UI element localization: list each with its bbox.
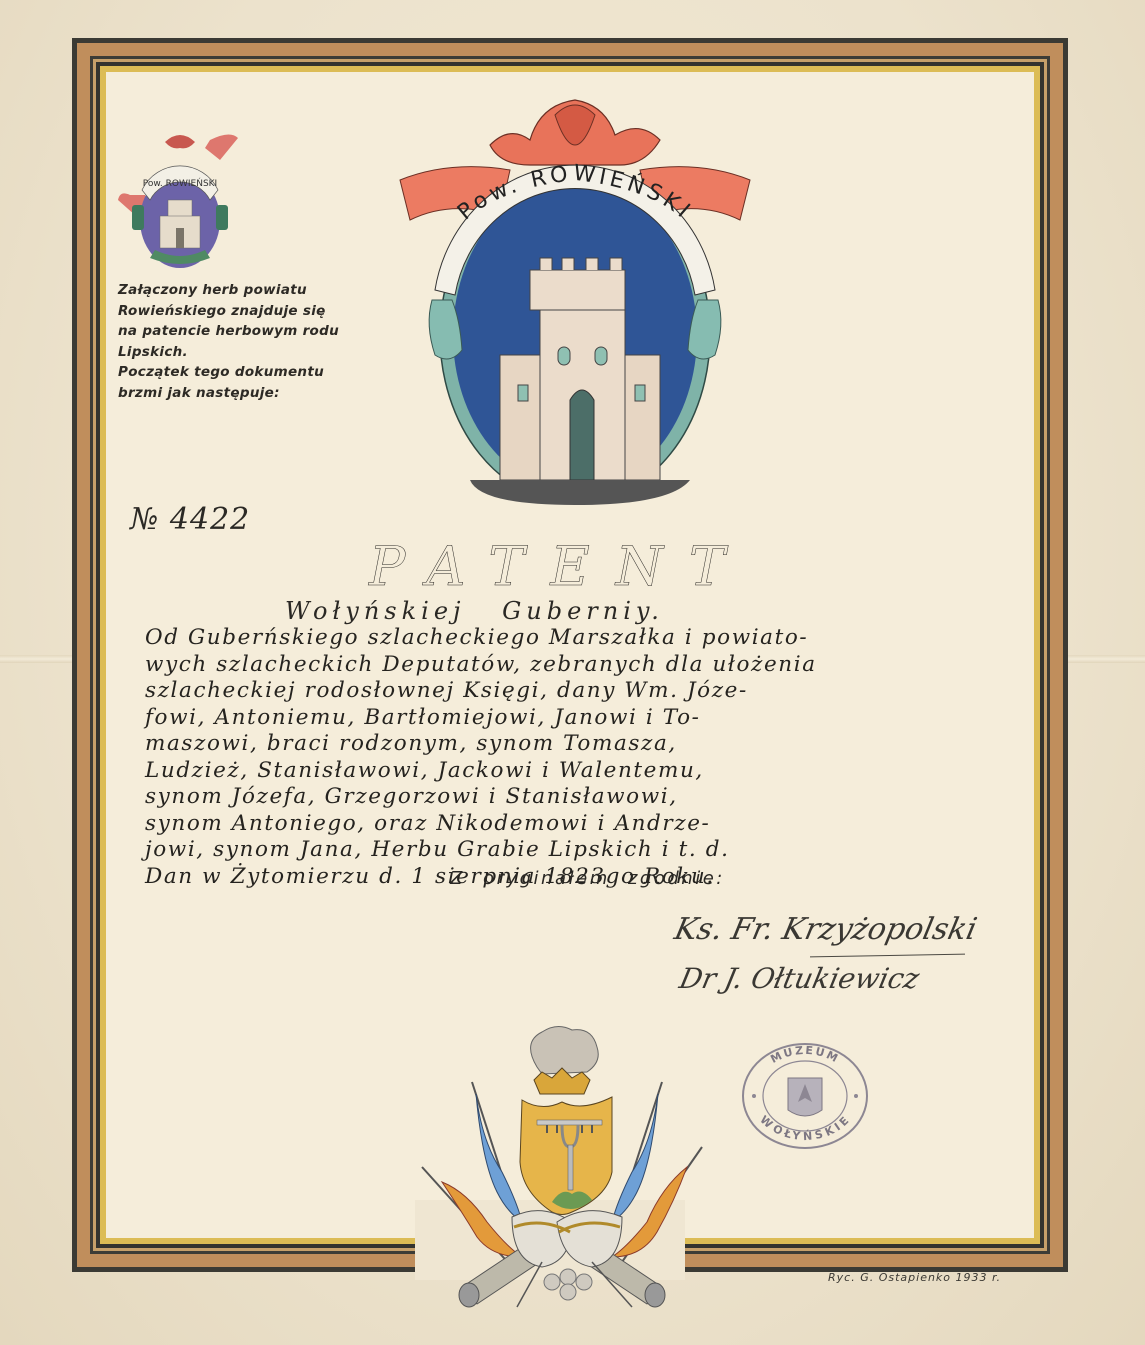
note-line: Początek tego dokumentu xyxy=(118,362,398,383)
certification-text: Z oryginałem zgodnie: xyxy=(450,868,725,889)
note-line: Rowieńskiego znajduje się xyxy=(118,301,398,322)
body-line: synom Antoniego, oraz Nikodemowi i Andrz… xyxy=(145,811,1025,838)
body-line: fowi, Antoniemu, Bartłomiejowi, Janowi i… xyxy=(145,705,1025,732)
body-line: jowi, synom Jana, Herbu Grabie Lipskich … xyxy=(145,837,1025,864)
rowienski-coat-of-arms-icon: Pow. ROWIEŃSKI xyxy=(390,85,760,505)
note-line: Lipskich. xyxy=(118,342,398,363)
body-line: szlacheckiej rodosłownej Księgi, dany Wm… xyxy=(145,678,1025,705)
svg-text:MUZEUM: MUZEUM xyxy=(768,1044,841,1066)
patent-number: № 4422 xyxy=(130,502,250,537)
note-text-block: Załączony herb powiatu Rowieńskiego znaj… xyxy=(118,280,398,403)
museum-stamp-icon: MUZEUM WOŁYŃSKIE xyxy=(740,1040,870,1152)
patent-title: PATENT xyxy=(330,535,790,598)
grabie-family-crest-icon xyxy=(412,1022,712,1312)
body-line: Ludzież, Stanisławowi, Jackowi i Walente… xyxy=(145,758,1025,785)
body-line: maszowi, braci rodzonym, synom Tomasza, xyxy=(145,731,1025,758)
note-line: brzmi jak następuje: xyxy=(118,383,398,404)
body-line: synom Józefa, Grzegorzowi i Stanisławowi… xyxy=(145,784,1025,811)
signature-2: Dr J. Ołtukiewicz xyxy=(676,962,922,995)
body-line: Od Guberńskiego szlacheckiego Marszałka … xyxy=(145,625,1025,652)
signature-1: Ks. Fr. Krzyżopolski xyxy=(671,912,980,947)
svg-text:Pow. ROWIEŃSKI: Pow. ROWIEŃSKI xyxy=(143,177,217,189)
patent-body: Od Guberńskiego szlacheckiego Marszałka … xyxy=(145,625,1025,890)
small-coat-of-arms-icon: Pow. ROWIEŃSKI xyxy=(110,120,250,270)
body-line: wych szlacheckich Deputatów, zebranych d… xyxy=(145,652,1025,679)
note-line: na patencie herbowym rodu xyxy=(118,321,398,342)
artist-credit: Ryс. G. Ostapienko 1933 r. xyxy=(828,1271,1001,1284)
note-line: Załączony herb powiatu xyxy=(118,280,398,301)
patent-subtitle: Wołyńskiej Guberniy. xyxy=(285,597,664,625)
